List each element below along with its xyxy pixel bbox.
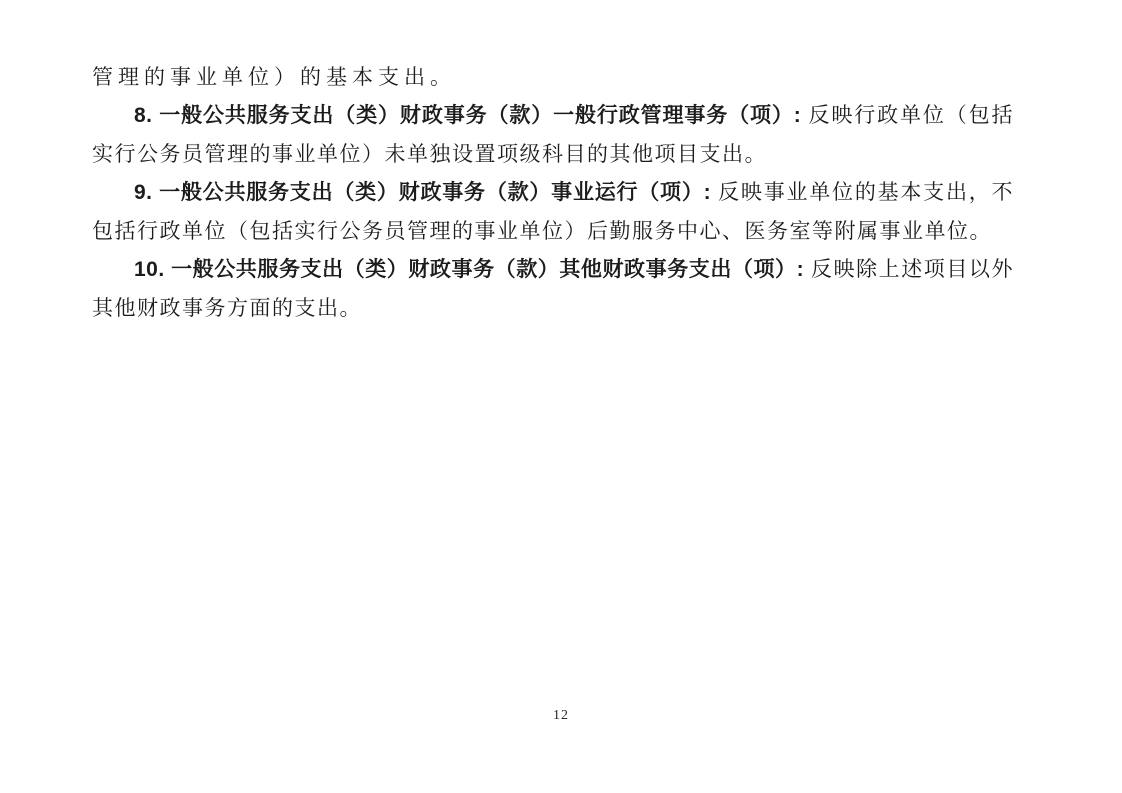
paragraph-clause-8: 8. 一般公共服务支出（类）财政事务（款）一般行政管理事务（项）: 反映行政单位… [92,96,1014,173]
clause-10-heading: 10. 一般公共服务支出（类）财政事务（款）其他财政事务支出（项）: [134,258,804,281]
page-number: 12 [553,708,569,723]
paragraph-clause-10: 10. 一般公共服务支出（类）财政事务（款）其他财政事务支出（项）: 反映除上述… [92,250,1014,327]
page-content: 管理的事业单位）的基本支出。 8. 一般公共服务支出（类）财政事务（款）一般行政… [92,58,1014,327]
clause-8-heading: 8. 一般公共服务支出（类）财政事务（款）一般行政管理事务（项）: [134,104,801,127]
page-footer: 12 [0,706,1122,724]
paragraph-clause-9: 9. 一般公共服务支出（类）财政事务（款）事业运行（项）: 反映事业单位的基本支… [92,173,1014,250]
paragraph-continuation: 管理的事业单位）的基本支出。 [92,58,1014,96]
paragraph-continuation-text: 管理的事业单位）的基本支出。 [92,65,456,89]
document-page: 管理的事业单位）的基本支出。 8. 一般公共服务支出（类）财政事务（款）一般行政… [0,0,1122,793]
clause-9-heading: 9. 一般公共服务支出（类）财政事务（款）事业运行（项）: [134,181,711,204]
